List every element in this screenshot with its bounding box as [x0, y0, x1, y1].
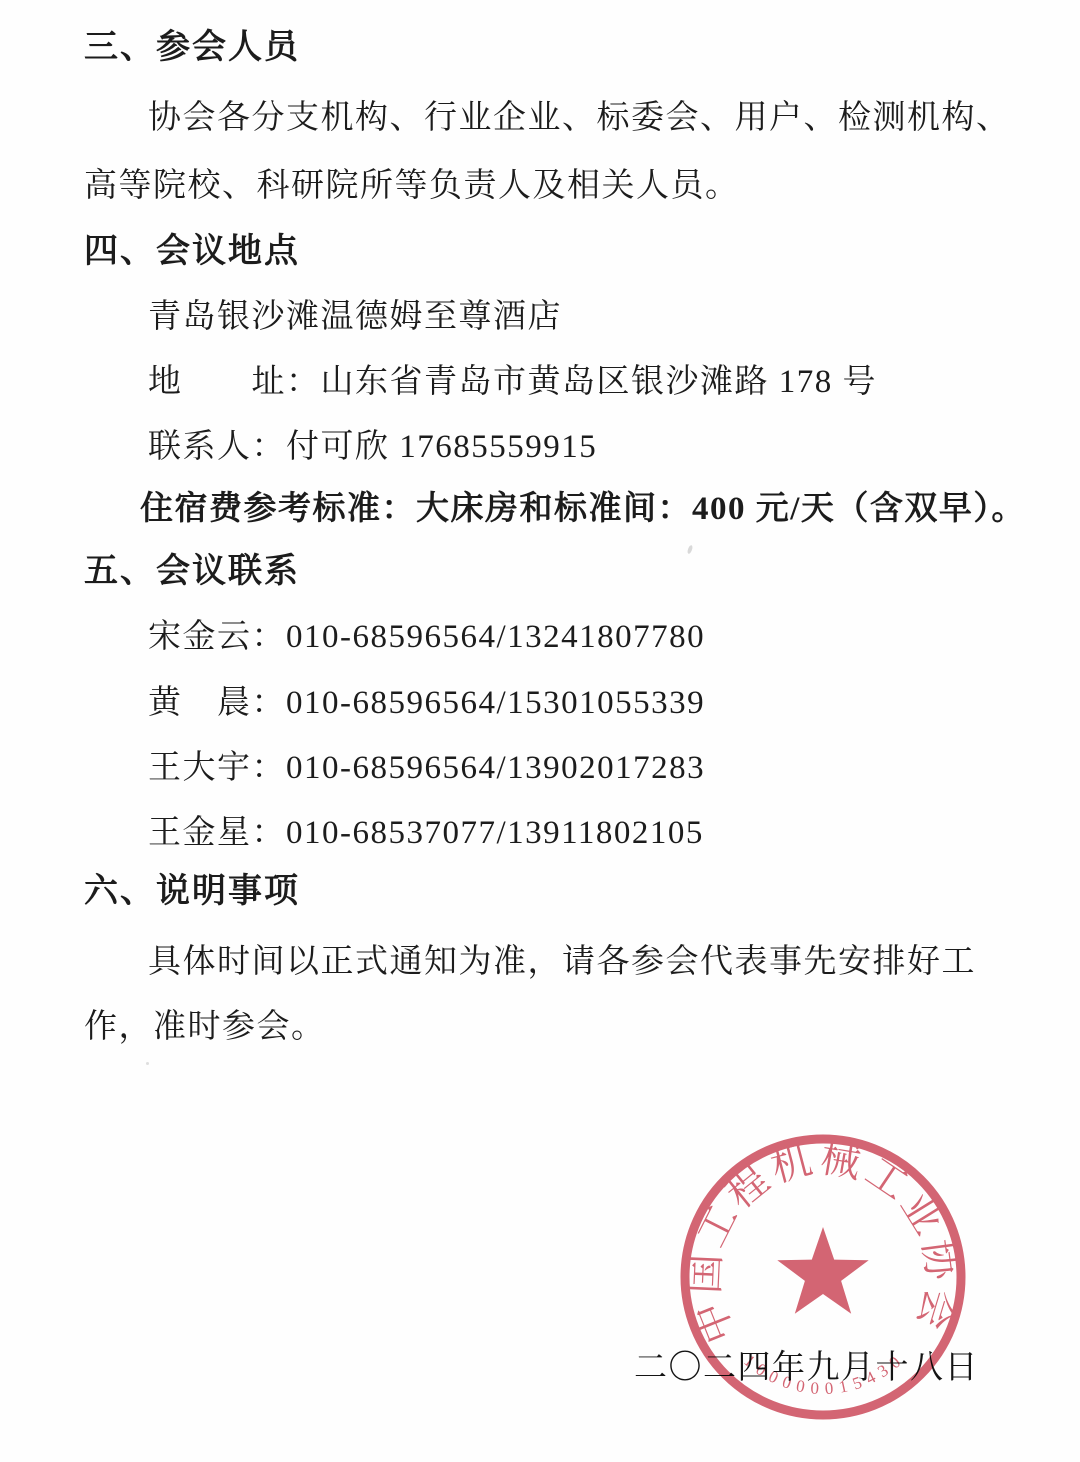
section4-heading: 四、会议地点 — [84, 232, 300, 273]
contact-row-huang-chen: 黄 晨：010-68596564/15301055339 — [148, 684, 705, 724]
official-seal-graphic: 中国工程机械工业协会 100000015430 — [663, 1117, 983, 1437]
scan-speck — [146, 1062, 149, 1065]
section6-paragraph-line1: 具体时间以正式通知为准，请各参会代表事先安排好工 — [148, 943, 976, 983]
section3-paragraph-line1: 协会各分支机构、行业企业、标委会、用户、检测机构、 — [148, 99, 1011, 139]
scan-speck — [687, 545, 694, 555]
lodging-rate-note: 住宿费参考标准：大床房和标准间：400 元/天（含双早）。 — [140, 490, 1026, 530]
seal-code-arc-text: 100000015430 — [740, 1348, 909, 1398]
section5-heading: 五、会议联系 — [84, 552, 300, 593]
venue-contact-person: 联系人：付可欣 17685559915 — [148, 428, 597, 468]
venue-name: 青岛银沙滩温德姆至尊酒店 — [148, 298, 562, 338]
venue-address: 地 址：山东省青岛市黄岛区银沙滩路 178 号 — [148, 363, 877, 403]
section3-paragraph-line2: 高等院校、科研院所等负责人及相关人员。 — [84, 167, 740, 207]
contact-row-wang-dayu: 王大宇：010-68596564/13902017283 — [148, 749, 705, 789]
section6-paragraph-line2: 作，准时参会。 — [84, 1008, 326, 1048]
section6-heading: 六、说明事项 — [84, 872, 300, 913]
document-page: 三、参会人员 协会各分支机构、行业企业、标委会、用户、检测机构、 高等院校、科研… — [0, 0, 1080, 1462]
star-icon — [777, 1227, 868, 1314]
section3-heading: 三、参会人员 — [84, 28, 300, 69]
contact-row-song-jinyun: 宋金云：010-68596564/13241807780 — [148, 618, 705, 658]
contact-row-wang-jinxing: 王金星：010-68537077/13911802105 — [148, 814, 704, 854]
official-seal: 中国工程机械工业协会 100000015430 — [663, 1117, 983, 1437]
